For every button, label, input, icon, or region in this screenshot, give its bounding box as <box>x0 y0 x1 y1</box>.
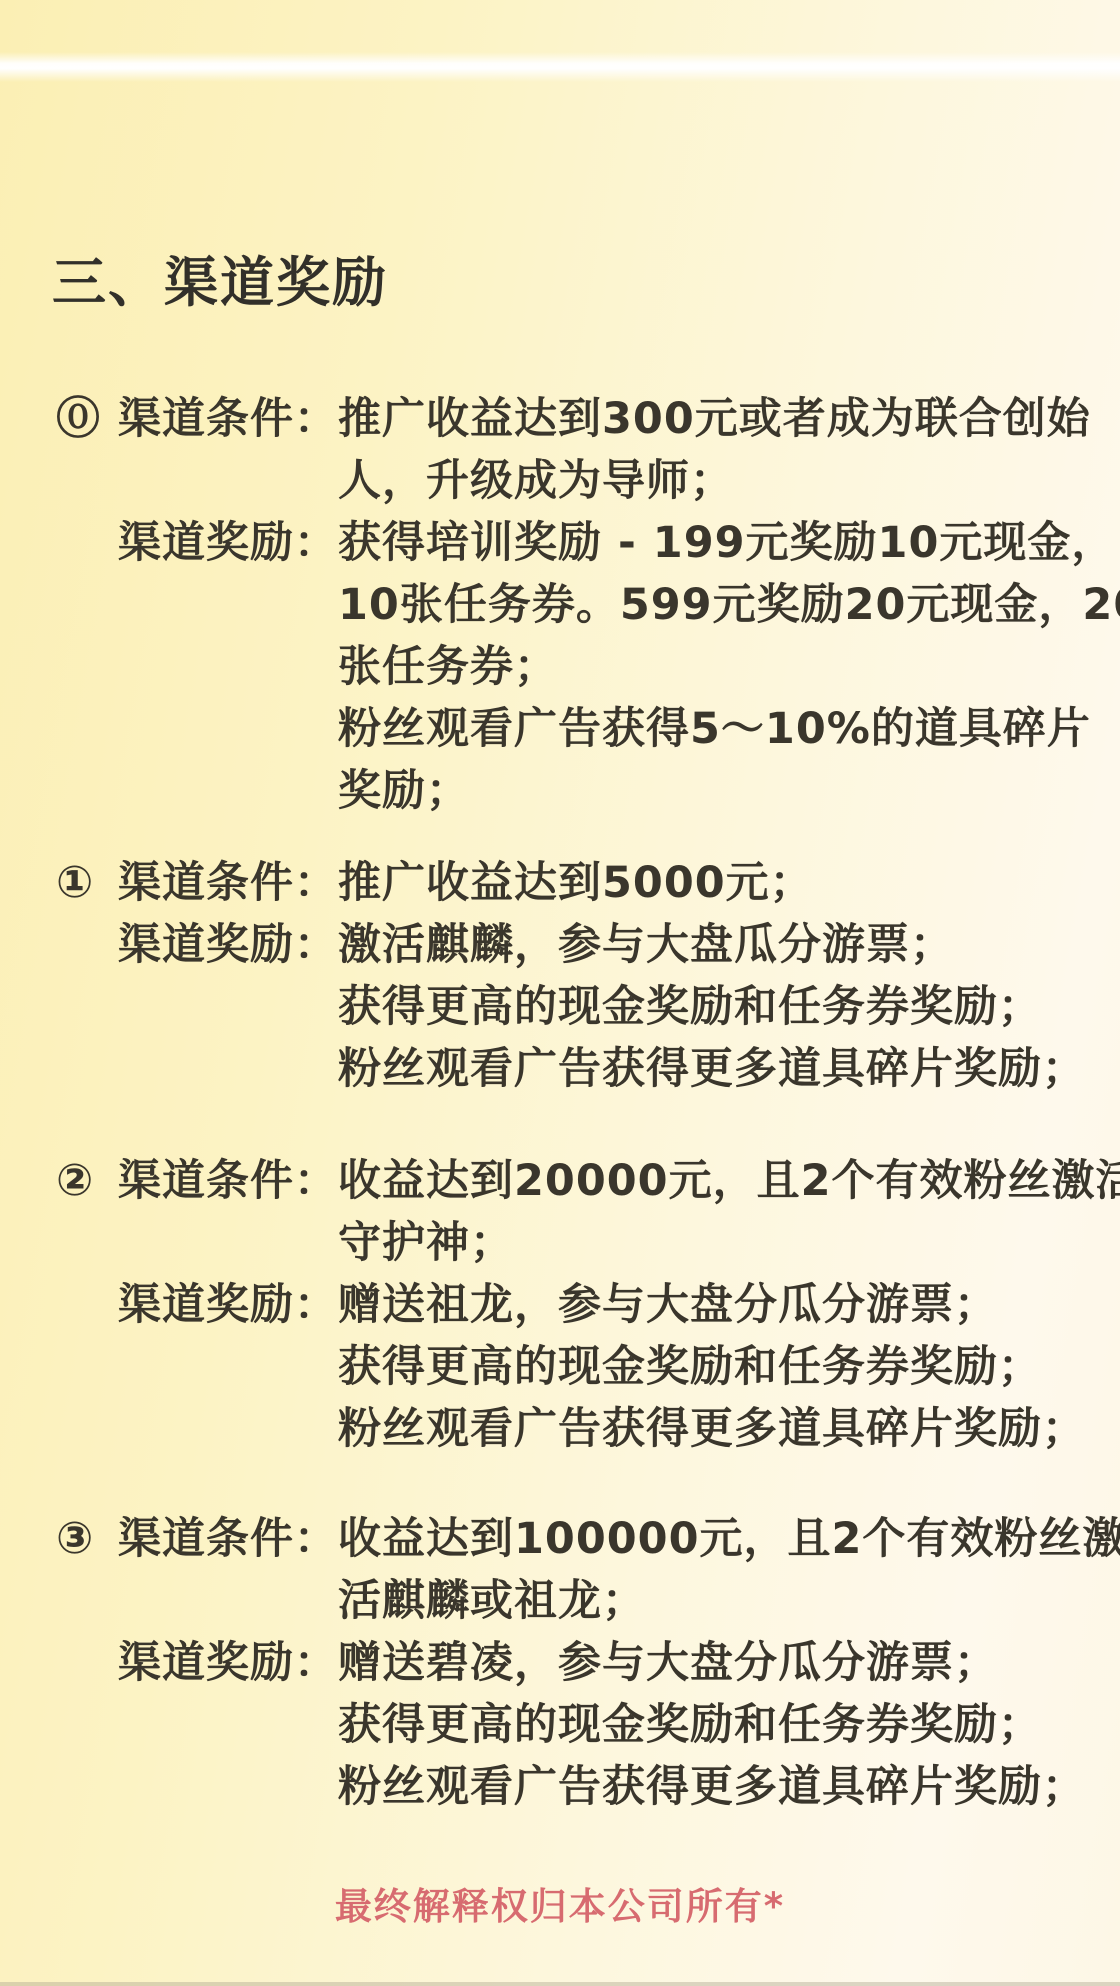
text-line: 收益达到100000元，且2个有效粉丝激 <box>338 1508 1120 1570</box>
text-line: 活麒麟或祖龙； <box>338 1570 1120 1632</box>
reward-section-2: ② 渠道条件： 收益达到20000元，且2个有效粉丝激活 守护神； 渠道奖励： … <box>0 1150 1120 1460</box>
section-marker-2: ② <box>56 1150 118 1212</box>
text-line: 人，升级成为导师； <box>338 450 1120 512</box>
condition-label: 渠道条件： <box>118 1508 338 1570</box>
condition-row: ② 渠道条件： 收益达到20000元，且2个有效粉丝激活 守护神； <box>0 1150 1120 1274</box>
condition-text: 推广收益达到5000元； <box>338 852 1120 914</box>
section-marker-1: ① <box>56 852 118 914</box>
reward-label: 渠道奖励： <box>118 1274 338 1336</box>
text-line: 获得更高的现金奖励和任务券奖励； <box>338 976 1120 1038</box>
text-line: 奖励； <box>338 760 1120 822</box>
condition-text: 收益达到20000元，且2个有效粉丝激活 守护神； <box>338 1150 1120 1274</box>
text-line: 赠送碧凌，参与大盘分瓜分游票； <box>338 1632 1120 1694</box>
reward-text: 赠送祖龙，参与大盘分瓜分游票； 获得更高的现金奖励和任务券奖励； 粉丝观看广告获… <box>338 1274 1120 1460</box>
condition-label: 渠道条件： <box>118 852 338 914</box>
text-line: 粉丝观看广告获得更多道具碎片奖励； <box>338 1756 1120 1818</box>
page-title: 三、渠道奖励 <box>52 240 388 317</box>
bottom-edge-line <box>0 1982 1120 1986</box>
reward-section-0: ⓪ 渠道条件： 推广收益达到300元或者成为联合创始 人，升级成为导师； 渠道奖… <box>0 388 1120 822</box>
footer-disclaimer: 最终解释权归本公司所有* <box>0 1876 1120 1930</box>
text-line: 粉丝观看广告获得更多道具碎片奖励； <box>338 1038 1120 1100</box>
text-line: 10张任务券。599元奖励20元现金，20 <box>338 574 1120 636</box>
condition-text: 推广收益达到300元或者成为联合创始 人，升级成为导师； <box>338 388 1120 512</box>
reward-section-1: ① 渠道条件： 推广收益达到5000元； 渠道奖励： 激活麒麟，参与大盘瓜分游票… <box>0 852 1120 1100</box>
reward-text: 赠送碧凌，参与大盘分瓜分游票； 获得更高的现金奖励和任务券奖励； 粉丝观看广告获… <box>338 1632 1120 1818</box>
text-line: 粉丝观看广告获得5～10%的道具碎片 <box>338 698 1120 760</box>
text-line: 收益达到20000元，且2个有效粉丝激活 <box>338 1150 1120 1212</box>
condition-text: 收益达到100000元，且2个有效粉丝激 活麒麟或祖龙； <box>338 1508 1120 1632</box>
text-line: 激活麒麟，参与大盘瓜分游票； <box>338 914 1120 976</box>
section-marker-0: ⓪ <box>56 388 118 450</box>
reward-row: 渠道奖励： 赠送碧凌，参与大盘分瓜分游票； 获得更高的现金奖励和任务券奖励； 粉… <box>0 1632 1120 1818</box>
text-line: 赠送祖龙，参与大盘分瓜分游票； <box>338 1274 1120 1336</box>
reward-text: 获得培训奖励 - 199元奖励10元现金， 10张任务券。599元奖励20元现金… <box>338 512 1120 822</box>
text-line: 获得更高的现金奖励和任务券奖励； <box>338 1336 1120 1398</box>
promo-page: 三、渠道奖励 ⓪ 渠道条件： 推广收益达到300元或者成为联合创始 人，升级成为… <box>0 0 1120 1986</box>
reward-label: 渠道奖励： <box>118 512 338 574</box>
text-line: 推广收益达到300元或者成为联合创始 <box>338 388 1120 450</box>
text-line: 推广收益达到5000元； <box>338 852 1120 914</box>
reward-label: 渠道奖励： <box>118 1632 338 1694</box>
condition-row: ① 渠道条件： 推广收益达到5000元； <box>0 852 1120 914</box>
reward-row: 渠道奖励： 激活麒麟，参与大盘瓜分游票； 获得更高的现金奖励和任务券奖励； 粉丝… <box>0 914 1120 1100</box>
reward-row: 渠道奖励： 获得培训奖励 - 199元奖励10元现金， 10张任务券。599元奖… <box>0 512 1120 822</box>
text-line: 获得培训奖励 - 199元奖励10元现金， <box>338 512 1120 574</box>
text-line: 守护神； <box>338 1212 1120 1274</box>
reward-row: 渠道奖励： 赠送祖龙，参与大盘分瓜分游票； 获得更高的现金奖励和任务券奖励； 粉… <box>0 1274 1120 1460</box>
glare-stripe <box>0 52 1120 82</box>
text-line: 获得更高的现金奖励和任务券奖励； <box>338 1694 1120 1756</box>
reward-section-3: ③ 渠道条件： 收益达到100000元，且2个有效粉丝激 活麒麟或祖龙； 渠道奖… <box>0 1508 1120 1818</box>
reward-label: 渠道奖励： <box>118 914 338 976</box>
text-line: 粉丝观看广告获得更多道具碎片奖励； <box>338 1398 1120 1460</box>
reward-text: 激活麒麟，参与大盘瓜分游票； 获得更高的现金奖励和任务券奖励； 粉丝观看广告获得… <box>338 914 1120 1100</box>
condition-label: 渠道条件： <box>118 1150 338 1212</box>
condition-label: 渠道条件： <box>118 388 338 450</box>
section-marker-3: ③ <box>56 1508 118 1570</box>
condition-row: ⓪ 渠道条件： 推广收益达到300元或者成为联合创始 人，升级成为导师； <box>0 388 1120 512</box>
condition-row: ③ 渠道条件： 收益达到100000元，且2个有效粉丝激 活麒麟或祖龙； <box>0 1508 1120 1632</box>
text-line: 张任务券； <box>338 636 1120 698</box>
